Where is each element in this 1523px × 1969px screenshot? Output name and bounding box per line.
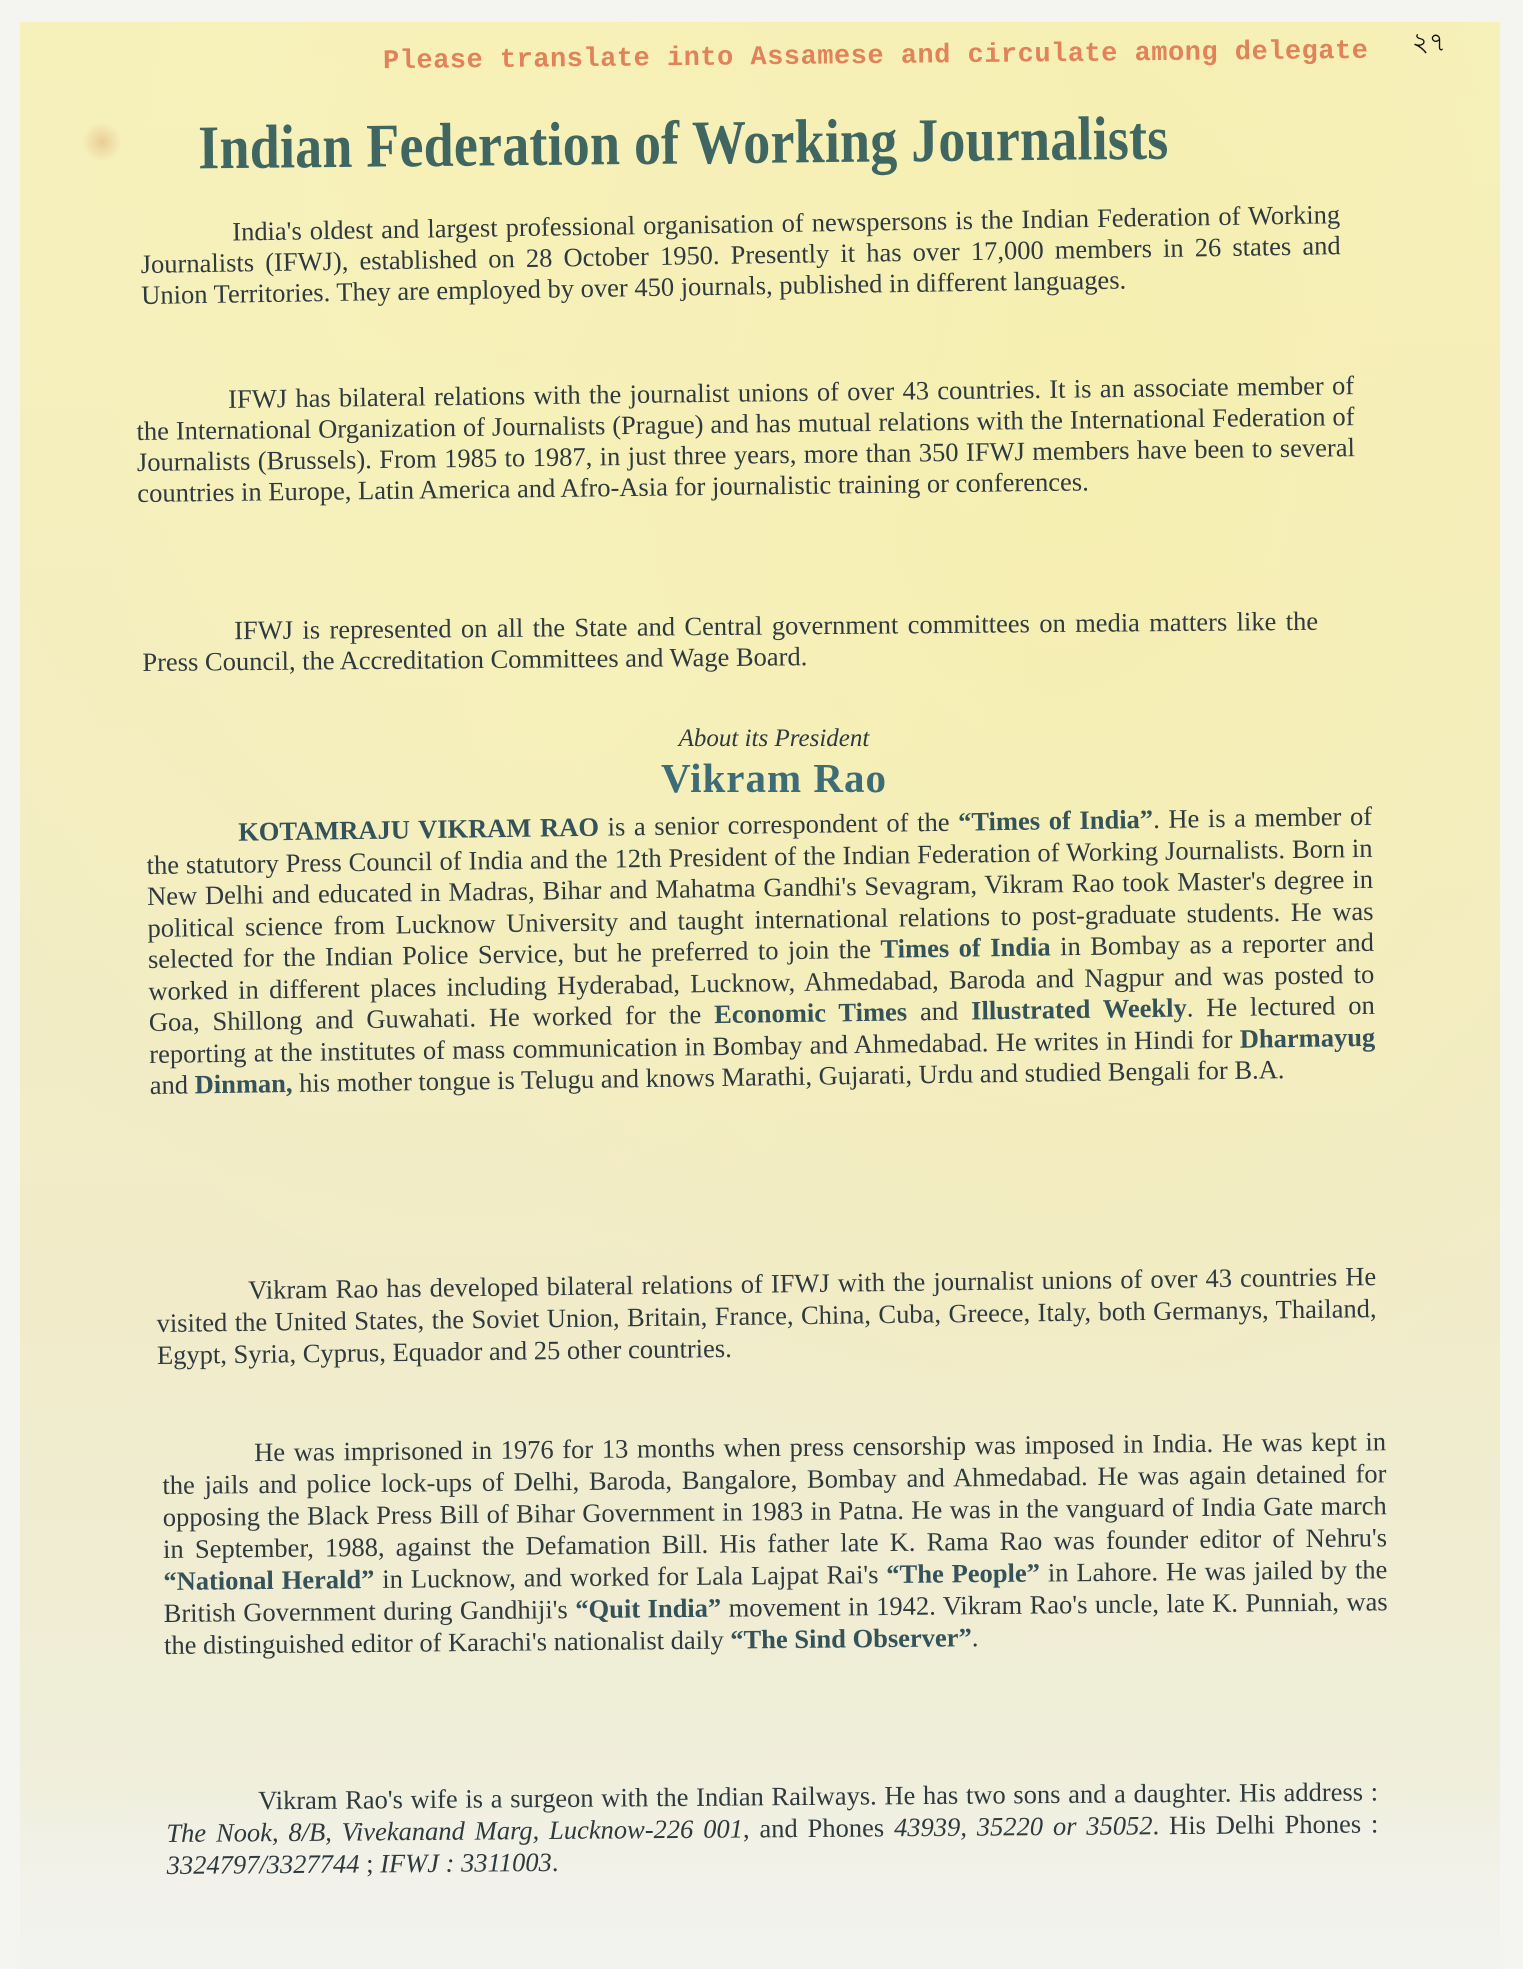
publication-name: Dharmayug — [1240, 1021, 1376, 1053]
section-subheading: About its President — [0, 725, 1523, 753]
relations-paragraph: IFWJ has bilateral relations with the jo… — [136, 370, 1355, 509]
text: . — [552, 1847, 559, 1877]
ifwj-phone: IFWJ : 3311003 — [380, 1847, 552, 1878]
document-title: Indian Federation of Working Journalists — [198, 101, 1298, 183]
publication-name: Illustrated Weekly — [971, 992, 1187, 1025]
publication-name: “National Herald” — [163, 1564, 374, 1596]
page-number: ২৭ — [1412, 22, 1446, 66]
full-name: KOTAMRAJU VIKRAM RAO — [238, 812, 599, 847]
publication-name: Times of India — [880, 931, 1051, 963]
text: . — [972, 1622, 979, 1652]
movement-name: “Quit India” — [575, 1593, 721, 1624]
bio-travel-paragraph: Vikram Rao has developed bilateral relat… — [156, 1260, 1377, 1371]
text: is a senior correspondent of the — [599, 807, 959, 842]
text: in Lucknow, and worked for Lala Lajpat R… — [374, 1559, 886, 1594]
bio-career-paragraph: KOTAMRAJU VIKRAM RAO is a senior corresp… — [146, 801, 1376, 1102]
text: , and Phones — [743, 1812, 894, 1843]
text: and — [150, 1069, 195, 1100]
text: ; — [359, 1848, 380, 1878]
publication-name: “The People” — [886, 1558, 1040, 1589]
text: and — [907, 995, 971, 1026]
lucknow-phones: 43939, 35220 or 35052 — [894, 1810, 1153, 1842]
text: . His Delhi Phones : — [1152, 1808, 1378, 1840]
publication-name: “The Sind Observer” — [730, 1622, 972, 1654]
publication-name: “Times of India” — [958, 804, 1153, 837]
bio-family-contact-paragraph: Vikram Rao's wife is a surgeon with the … — [166, 1775, 1379, 1881]
committees-paragraph: IFWJ is represented on all the State and… — [142, 606, 1318, 678]
delhi-phones: 3324797/3327744 — [167, 1848, 360, 1880]
bio-imprisonment-paragraph: He was imprisoned in 1976 for 13 months … — [162, 1425, 1388, 1661]
address: The Nook, 8/B, Vivekanand Marg, Lucknow-… — [166, 1813, 743, 1848]
text: He was imprisoned in 1976 for 13 months … — [162, 1426, 1387, 1564]
president-name-heading: Vikram Rao — [0, 754, 1523, 802]
publication-name: Economic Times — [714, 996, 907, 1029]
paper-stain — [82, 122, 122, 162]
intro-paragraph: India's oldest and largest professional … — [140, 199, 1341, 311]
publication-name: Dinman, — [194, 1068, 292, 1099]
